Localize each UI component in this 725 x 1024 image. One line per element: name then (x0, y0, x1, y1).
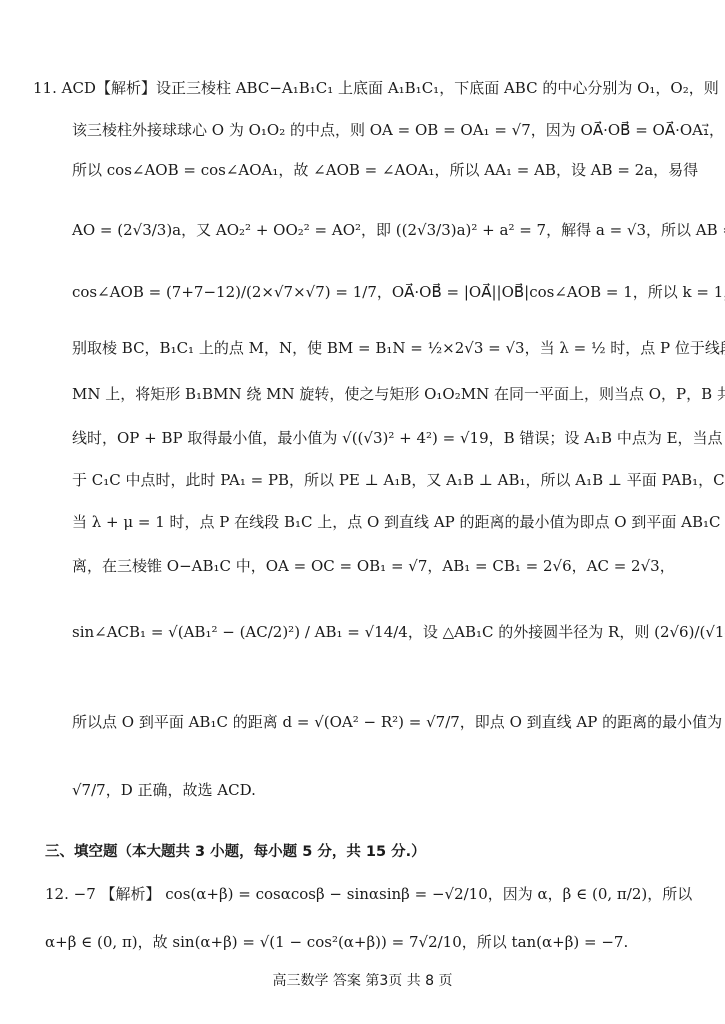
q11-line-14: √7/7，D 正确，故选 ACD. (72, 780, 692, 800)
answer-page: 11. ACD【解析】设正三棱柱 ABC−A₁B₁C₁ 上底面 A₁B₁C₁，下… (0, 0, 725, 1024)
q11-line-13: 所以点 O 到平面 AB₁C 的距离 d = √(OA² − R²) = √7/… (72, 712, 692, 732)
q11-line-2: 该三棱柱外接球球心 O 为 O₁O₂ 的中点，则 OA = OB = OA₁ =… (72, 120, 692, 140)
q11-line-10: 当 λ + μ = 1 时，点 P 在线段 B₁C 上，点 O 到直线 AP 的… (72, 512, 692, 532)
q12-line-2: α+β ∈ (0, π)，故 sin(α+β) = √(1 − cos²(α+β… (45, 932, 665, 952)
q11-line-3: 所以 cos∠AOB = cos∠AOA₁，故 ∠AOB = ∠AOA₁，所以 … (72, 160, 692, 180)
q11-line-12: sin∠ACB₁ = √(AB₁² − (AC/2)²) / AB₁ = √14… (72, 622, 692, 642)
page-footer: 高三数学 答案 第3页 共 8 页 (0, 970, 725, 990)
q11-line-8: 线时，OP + BP 取得最小值，最小值为 √((√3)² + 4²) = √1… (72, 428, 692, 448)
q12-line-1: 12. −7 【解析】 cos(α+β) = cosαcosβ − sinαsi… (45, 884, 665, 904)
q11-line-1: 11. ACD【解析】设正三棱柱 ABC−A₁B₁C₁ 上底面 A₁B₁C₁，下… (33, 78, 653, 98)
section-heading-fill-in: 三、填空题（本大题共 3 小题，每小题 5 分，共 15 分.） (45, 840, 426, 861)
q11-line-9: 于 C₁C 中点时，此时 PA₁ = PB，所以 PE ⊥ A₁B，又 A₁B … (72, 470, 692, 490)
q11-line-4: AO = (2√3/3)a，又 AO₂² + OO₂² = AO²，即 ((2√… (72, 220, 692, 240)
q11-line-7: MN 上，将矩形 B₁BMN 绕 MN 旋转，使之与矩形 O₁O₂MN 在同一平… (72, 384, 692, 404)
q11-line-11: 离，在三棱锥 O−AB₁C 中，OA = OC = OB₁ = √7，AB₁ =… (72, 556, 692, 576)
q11-line-5: cos∠AOB = (7+7−12)/(2×√7×√7) = 1/7，OA⃗·O… (72, 282, 692, 302)
q11-line-6: 别取棱 BC，B₁C₁ 上的点 M，N，使 BM = B₁N = ½×2√3 =… (72, 338, 692, 358)
